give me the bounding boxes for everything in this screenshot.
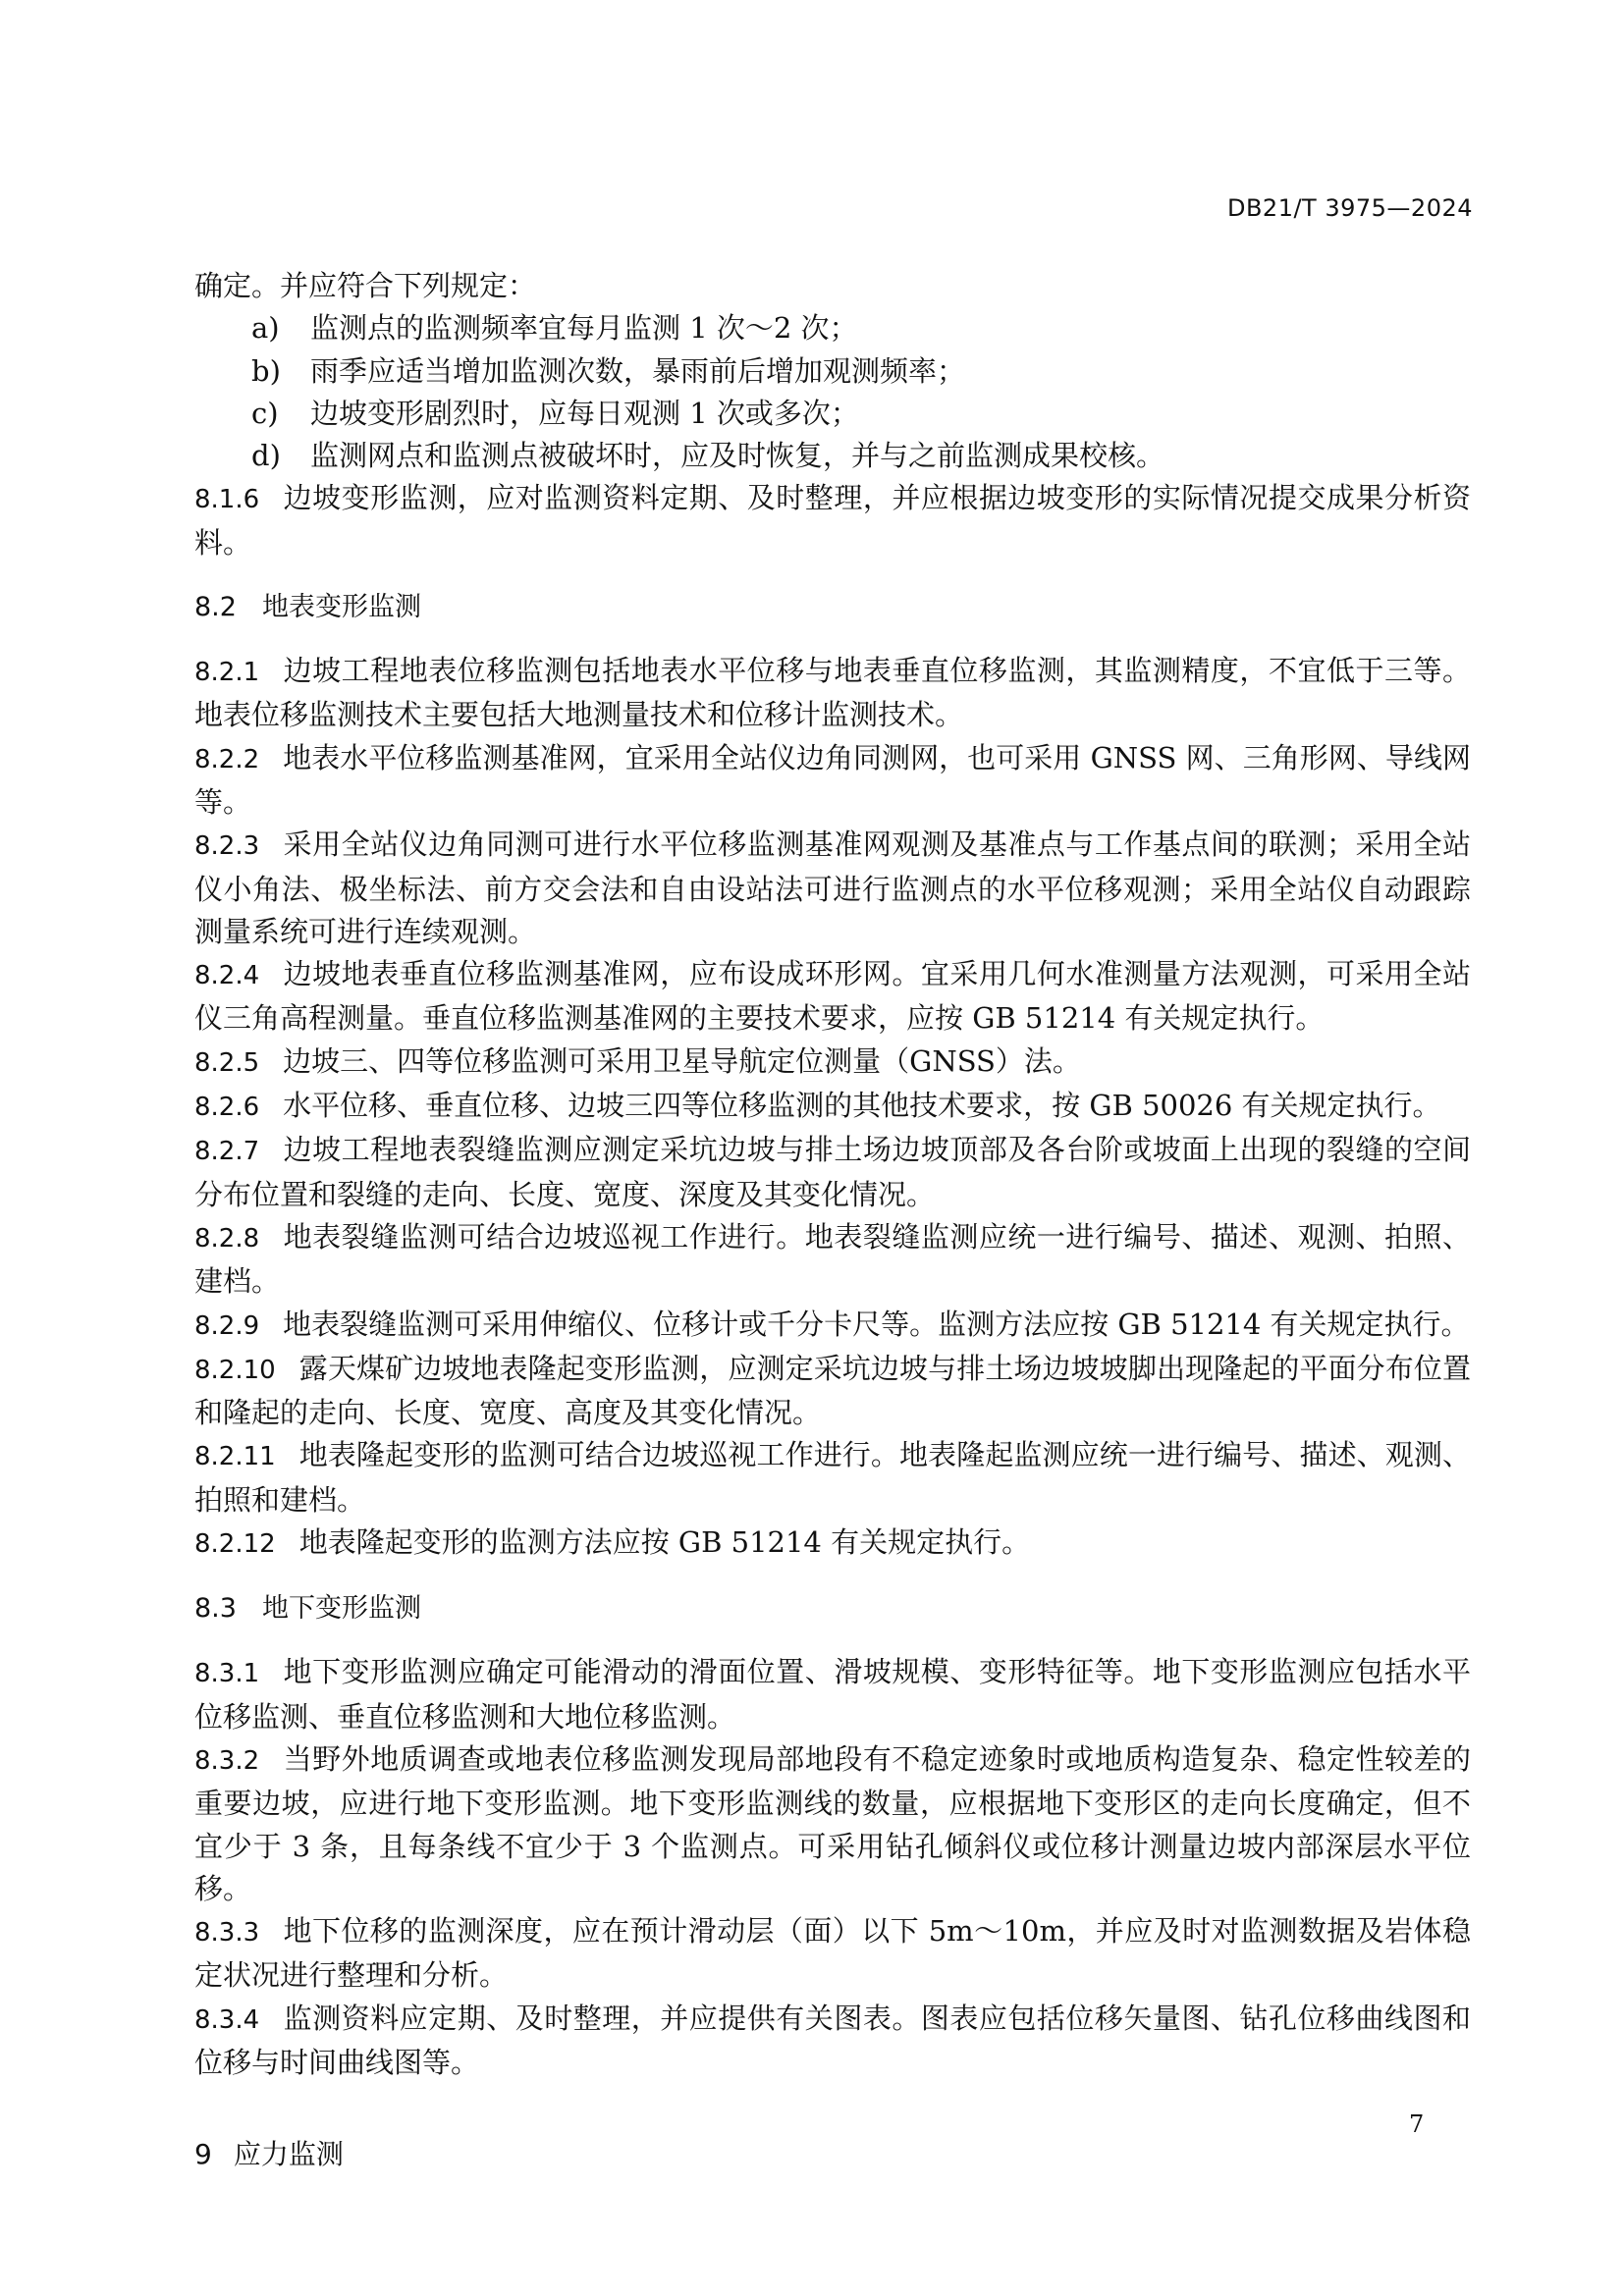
clause-8-2-10: 8.2.10露天煤矿边坡地表隆起变形监测，应测定采坑边坡与排土场边坡坡脚出现隆起… bbox=[194, 1348, 1471, 1435]
list-item-d: d)监测网点和监测点被破坏时，应及时恢复，并与之前监测成果校核。 bbox=[194, 435, 1471, 477]
section-number: 8.3 bbox=[194, 1593, 237, 1624]
clause-8-2-5: 8.2.5边坡三、四等位移监测可采用卫星导航定位测量（GNSS）法。 bbox=[194, 1041, 1471, 1085]
clause-text: 地表裂缝监测可结合边坡巡视工作进行。地表裂缝监测应统一进行编号、描述、观测、拍照… bbox=[194, 1220, 1471, 1298]
clause-text: 边坡工程地表裂缝监测应测定采坑边坡与排土场边坡顶部及各台阶或坡面上出现的裂缝的空… bbox=[194, 1133, 1471, 1210]
clause-text: 地下位移的监测深度，应在预计滑动层（面）以下 5m～10m，并应及时对监测数据及… bbox=[194, 1914, 1471, 1992]
clause-number: 8.3.4 bbox=[194, 2005, 259, 2035]
intro-line: 确定。并应符合下列规定： bbox=[194, 265, 1471, 307]
list-text: 监测网点和监测点被破坏时，应及时恢复，并与之前监测成果校核。 bbox=[310, 439, 1164, 472]
page-number: 7 bbox=[1409, 2110, 1424, 2138]
clause-8-2-11: 8.2.11地表隆起变形的监测可结合边坡巡视工作进行。地表隆起监测应统一进行编号… bbox=[194, 1434, 1471, 1522]
clause-text: 边坡三、四等位移监测可采用卫星导航定位测量（GNSS）法。 bbox=[283, 1044, 1081, 1078]
clause-8-2-9: 8.2.9地表裂缝监测可采用伸缩仪、位移计或千分卡尺等。监测方法应按 GB 51… bbox=[194, 1304, 1471, 1348]
section-heading-8-3: 8.3地下变形监测 bbox=[194, 1587, 1471, 1629]
clause-number: 8.3.3 bbox=[194, 1918, 259, 1948]
list-label: a) bbox=[251, 307, 310, 349]
clause-8-2-2: 8.2.2地表水平位移监测基准网，宜采用全站仪边角同测网，也可采用 GNSS 网… bbox=[194, 737, 1471, 825]
chapter-heading-9: 9应力监测 bbox=[194, 2133, 1471, 2175]
clause-8-2-6: 8.2.6水平位移、垂直位移、边坡三四等位移监测的其他技术要求，按 GB 500… bbox=[194, 1085, 1471, 1129]
clause-number: 8.2.10 bbox=[194, 1356, 276, 1385]
clause-number: 8.2.1 bbox=[194, 658, 259, 687]
chapter-number: 9 bbox=[194, 2138, 212, 2170]
clause-8-2-12: 8.2.12地表隆起变形的监测方法应按 GB 51214 有关规定执行。 bbox=[194, 1522, 1471, 1566]
clause-8-2-7: 8.2.7边坡工程地表裂缝监测应测定采坑边坡与排土场边坡顶部及各台阶或坡面上出现… bbox=[194, 1129, 1471, 1216]
list-text: 雨季应适当增加监测次数，暴雨前后增加观测频率； bbox=[310, 354, 965, 388]
clause-8-2-4: 8.2.4边坡地表垂直位移监测基准网，应布设成环形网。宜采用几何水准测量方法观测… bbox=[194, 953, 1471, 1041]
clause-text: 地表隆起变形的监测方法应按 GB 51214 有关规定执行。 bbox=[299, 1525, 1030, 1559]
list-label: d) bbox=[251, 435, 310, 477]
clause-text: 地表水平位移监测基准网，宜采用全站仪边角同测网，也可采用 GNSS 网、三角形网… bbox=[194, 741, 1471, 819]
section-heading-8-2: 8.2地表变形监测 bbox=[194, 586, 1471, 628]
clause-text: 水平位移、垂直位移、边坡三四等位移监测的其他技术要求，按 GB 50026 有关… bbox=[283, 1089, 1440, 1122]
clause-text: 边坡变形监测，应对监测资料定期、及时整理，并应根据边坡变形的实际情况提交成果分析… bbox=[194, 481, 1471, 559]
clause-8-2-3: 8.2.3采用全站仪边角同测可进行水平位移监测基准网观测及基准点与工作基点间的联… bbox=[194, 824, 1471, 953]
list-label: b) bbox=[251, 350, 310, 393]
clause-text: 监测资料应定期、及时整理，并应提供有关图表。图表应包括位移矢量图、钻孔位移曲线图… bbox=[194, 2002, 1471, 2079]
document-body: 确定。并应符合下列规定： a)监测点的监测频率宜每月监测 1 次～2 次； b)… bbox=[194, 265, 1471, 2175]
standard-code-header: DB21/T 3975—2024 bbox=[1227, 194, 1473, 222]
clause-number: 8.2.5 bbox=[194, 1048, 259, 1078]
clause-text: 边坡地表垂直位移监测基准网，应布设成环形网。宜采用几何水准测量方法观测，可采用全… bbox=[194, 957, 1471, 1035]
clause-text: 地表隆起变形的监测可结合边坡巡视工作进行。地表隆起监测应统一进行编号、描述、观测… bbox=[194, 1438, 1471, 1516]
clause-8-2-8: 8.2.8地表裂缝监测可结合边坡巡视工作进行。地表裂缝监测应统一进行编号、描述、… bbox=[194, 1216, 1471, 1304]
clause-number: 8.2.8 bbox=[194, 1224, 259, 1254]
clause-text: 露天煤矿边坡地表隆起变形监测，应测定采坑边坡与排土场边坡坡脚出现隆起的平面分布位… bbox=[194, 1352, 1471, 1429]
list-item-c: c)边坡变形剧烈时，应每日观测 1 次或多次； bbox=[194, 393, 1471, 435]
clause-number: 8.2.3 bbox=[194, 831, 259, 861]
list-item-b: b)雨季应适当增加监测次数，暴雨前后增加观测频率； bbox=[194, 350, 1471, 393]
chapter-title: 应力监测 bbox=[234, 2138, 344, 2170]
list-item-a: a)监测点的监测频率宜每月监测 1 次～2 次； bbox=[194, 307, 1471, 349]
clause-8-2-1: 8.2.1边坡工程地表位移监测包括地表水平位移与地表垂直位移监测，其监测精度，不… bbox=[194, 650, 1471, 737]
section-title: 地表变形监测 bbox=[262, 592, 421, 622]
clause-text: 地表裂缝监测可采用伸缩仪、位移计或千分卡尺等。监测方法应按 GB 51214 有… bbox=[283, 1308, 1469, 1341]
clause-8-3-4: 8.3.4监测资料应定期、及时整理，并应提供有关图表。图表应包括位移矢量图、钻孔… bbox=[194, 1998, 1471, 2085]
clause-8-1-6: 8.1.6边坡变形监测，应对监测资料定期、及时整理，并应根据边坡变形的实际情况提… bbox=[194, 477, 1471, 564]
clause-8-3-1: 8.3.1地下变形监测应确定可能滑动的滑面位置、滑坡规模、变形特征等。地下变形监… bbox=[194, 1651, 1471, 1738]
section-number: 8.2 bbox=[194, 592, 237, 622]
list-label: c) bbox=[251, 393, 310, 435]
clause-number: 8.3.1 bbox=[194, 1659, 259, 1688]
clause-number: 8.1.6 bbox=[194, 485, 259, 514]
clause-8-3-3: 8.3.3地下位移的监测深度，应在预计滑动层（面）以下 5m～10m，并应及时对… bbox=[194, 1910, 1471, 1998]
clause-number: 8.2.7 bbox=[194, 1137, 259, 1166]
section-title: 地下变形监测 bbox=[262, 1593, 421, 1624]
clause-number: 8.2.6 bbox=[194, 1093, 259, 1122]
list-text: 边坡变形剧烈时，应每日观测 1 次或多次； bbox=[310, 397, 859, 430]
clause-text: 地下变形监测应确定可能滑动的滑面位置、滑坡规模、变形特征等。地下变形监测应包括水… bbox=[194, 1655, 1471, 1733]
clause-text: 边坡工程地表位移监测包括地表水平位移与地表垂直位移监测，其监测精度，不宜低于三等… bbox=[194, 654, 1471, 731]
clause-number: 8.3.2 bbox=[194, 1746, 259, 1776]
clause-text: 当野外地质调查或地表位移监测发现局部地段有不稳定迹象时或地质构造复杂、稳定性较差… bbox=[194, 1742, 1471, 1905]
list-text: 监测点的监测频率宜每月监测 1 次～2 次； bbox=[310, 311, 858, 345]
clause-number: 8.2.12 bbox=[194, 1529, 276, 1559]
clause-8-3-2: 8.3.2当野外地质调查或地表位移监测发现局部地段有不稳定迹象时或地质构造复杂、… bbox=[194, 1738, 1471, 1910]
clause-number: 8.2.2 bbox=[194, 745, 259, 774]
clause-number: 8.2.9 bbox=[194, 1311, 259, 1341]
clause-number: 8.2.11 bbox=[194, 1442, 276, 1471]
clause-text: 采用全站仪边角同测可进行水平位移监测基准网观测及基准点与工作基点间的联测；采用全… bbox=[194, 828, 1471, 948]
clause-number: 8.2.4 bbox=[194, 961, 259, 990]
